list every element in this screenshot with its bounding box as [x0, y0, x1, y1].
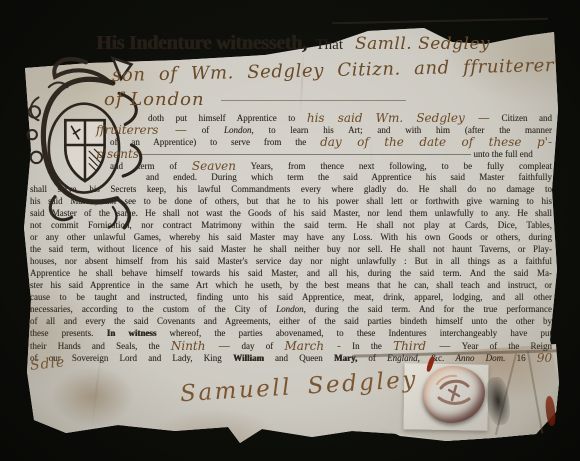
handwritten-insertion: Seaven [192, 159, 236, 173]
body-line: houses, nor absent himself from his said… [30, 256, 552, 266]
printed-text: or any other unlawful Games, whereby his… [30, 232, 552, 242]
printed-text: Apprentice he shall behave himself towar… [30, 268, 552, 278]
ruled-gap [141, 154, 471, 155]
body-line: these presents. In witness whereof, the … [30, 328, 552, 338]
body-line: shall serve, his Secrets keep, his lawfu… [30, 184, 552, 194]
printed-text: doth put himself Apprentice to [148, 113, 295, 123]
body-line: Apprentice he shall behave himself towar… [30, 268, 552, 278]
printed-text: of an Apprentice) to serve from the [110, 137, 306, 147]
handwritten-insertion: day of the date of these p'- [320, 135, 552, 149]
printed-text: Years, from thence next following, to be… [251, 161, 552, 171]
body-line: and ended. During which term the said Ap… [146, 172, 552, 182]
handwritten-insertion: ffruiterers — [96, 123, 187, 137]
printed-text: whereof, the parties abovenamed, to thes… [170, 328, 553, 338]
body-line: doth put himself Apprentice to his said … [148, 112, 552, 124]
printed-text: 16 [517, 353, 526, 363]
printed-text: the said term, without licence of his sa… [30, 244, 552, 254]
body-line: cause to be taught and instructed, findi… [30, 292, 552, 302]
body-line: ster his said Apprentice in the same Art… [30, 280, 552, 290]
ruled-blank-line [221, 100, 406, 102]
body-line: their Hands and Seals, the Ninth — day o… [30, 340, 552, 352]
wax-seal-impression [423, 366, 485, 423]
handwritten-insertion: March - [284, 339, 340, 353]
printed-text: ster his said Apprentice in the same Art… [30, 280, 552, 290]
printed-text: of [202, 125, 210, 135]
printed-text: of [368, 353, 376, 363]
apprentice-name-handwritten: Samll. Sedgley [355, 34, 490, 54]
printed-text: unto the full end [473, 149, 532, 159]
body-line: p'sents unto the full end [96, 148, 552, 160]
handwritten-city-text: of London [104, 89, 205, 110]
printed-text: cause to be taught and instructed, findi… [30, 292, 552, 302]
body-line: necessaries, according to the custom of … [30, 304, 552, 314]
printed-text: during the said term. And for the true p… [315, 304, 552, 314]
heading-roman-text: That [316, 37, 344, 53]
printed-text: his said Master, nor see to be done of o… [30, 196, 552, 206]
body-line: the said term, without licence of his sa… [30, 244, 552, 254]
printed-text: necessaries, according to the custom of … [30, 304, 267, 314]
red-wax-seal [423, 366, 485, 423]
printed-text: and Queen [275, 353, 323, 363]
top-ruled-line [332, 18, 548, 25]
printed-text: their Hands and Seals, the [30, 341, 160, 351]
printed-text: Anno Dom. [455, 353, 505, 363]
printed-text: William [233, 353, 264, 363]
printed-text: not commit Fornication, nor contract Mat… [30, 220, 552, 230]
body-line: not commit Fornication, nor contract Mat… [30, 220, 552, 230]
printed-text: In witness [107, 328, 157, 338]
printed-text: houses, nor absent himself from his said… [30, 256, 552, 266]
printed-text: London, [224, 125, 254, 135]
heading-blackletter-text: His Indenture witnesseth, [96, 32, 307, 54]
printed-text: Mary, [334, 353, 357, 363]
body-line: of an Apprentice) to serve from the day … [110, 136, 552, 148]
body-line: said Master of the same. He shall not wa… [30, 208, 552, 218]
handwritten-insertion: his said Wm. Sedgley — [307, 111, 490, 125]
printed-text: and term of [110, 161, 177, 171]
handwritten-insertion: Third — [393, 339, 451, 353]
printed-text: and ended. During which term the said Ap… [146, 172, 552, 182]
body-line: of all and every the said Covenants and … [30, 316, 552, 326]
printed-text: shall serve, his Secrets keep, his lawfu… [30, 184, 552, 194]
printed-text: London, [276, 304, 306, 314]
printed-text: Year of the Reign [462, 341, 552, 351]
photograph-of-indenture: His Indenture witnesseth, That Samll. Se… [0, 0, 580, 461]
document-heading: His Indenture witnesseth, That Samll. Se… [96, 32, 556, 55]
printed-text: these presents. [30, 328, 107, 338]
body-line: his said Master, nor see to be done of o… [30, 196, 552, 206]
handwritten-insertion: 90 [537, 351, 552, 365]
printed-text: day of [242, 341, 274, 351]
body-line: of our Sovereign Lord and Lady, King Wil… [30, 352, 552, 364]
handwritten-city-line: of London [104, 89, 406, 110]
printed-text: Citizen and [501, 113, 552, 123]
printed-text: to learn his Art; and with him (after th… [269, 125, 552, 135]
printed-text: of all and every the said Covenants and … [30, 316, 552, 326]
handwritten-insertion: p'sents [96, 147, 139, 161]
body-line: and term of Seaven Years, from thence ne… [110, 160, 552, 172]
body-line: or any other unlawful Games, whereby his… [30, 232, 552, 242]
printed-text: England, [387, 353, 420, 363]
printed-text: said Master of the same. He shall not wa… [30, 208, 552, 218]
printed-text: In the [352, 341, 382, 351]
handwritten-insertion: Ninth — [171, 339, 230, 353]
